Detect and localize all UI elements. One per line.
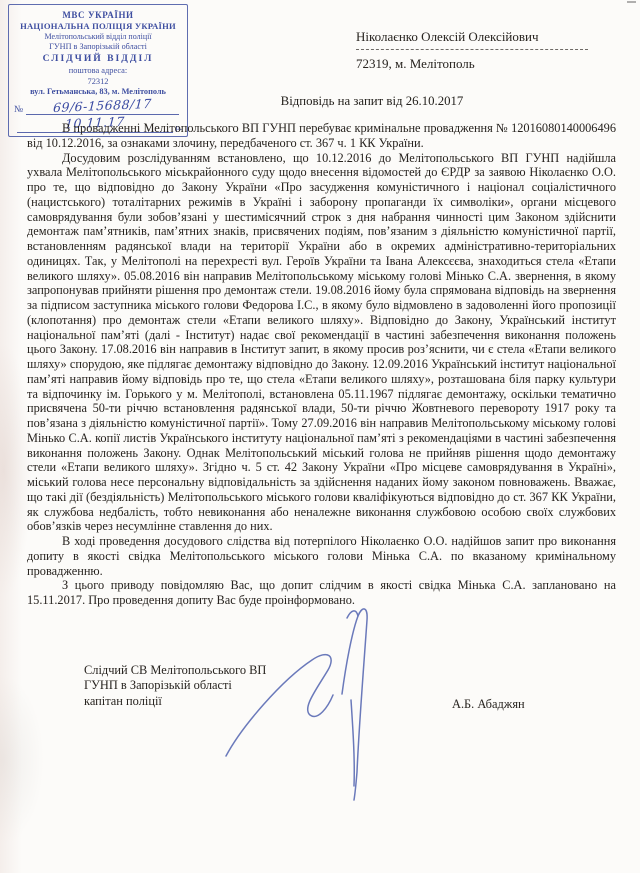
- signatory-position-line-3: капітан поліції: [84, 694, 266, 709]
- recipient-separator: [356, 49, 588, 50]
- recipient-name: Ніколаєнко Олексій Олексійович: [356, 29, 588, 45]
- stamp-region-line: ГУНП в Запорізькій області: [14, 42, 182, 52]
- scanned-letter-page: МВС УКРАЇНИ НАЦІОНАЛЬНА ПОЛІЦІЯ УКРАЇНИ …: [0, 0, 640, 873]
- stamp-ministry-line: МВС УКРАЇНИ: [14, 10, 182, 21]
- letter-title: Відповідь на запит від 26.10.2017: [0, 94, 640, 109]
- stamp-unit-line: СЛІДЧИЙ ВІДДІЛ: [14, 53, 182, 65]
- stamp-postal-code: 72312: [14, 77, 182, 88]
- body-paragraph-1: В провадженні Мелітопольського ВП ГУНП п…: [27, 121, 616, 151]
- body-paragraph-4: З цього приводу повідомляю Вас, що допит…: [27, 578, 616, 608]
- letter-body: В провадженні Мелітопольського ВП ГУНП п…: [27, 121, 616, 608]
- stamp-department-line: Мелітопольський відділ поліції: [14, 32, 182, 42]
- recipient-block: Ніколаєнко Олексій Олексійович 72319, м.…: [356, 29, 588, 72]
- stamp-postal-label: поштова адреса:: [14, 66, 182, 77]
- signatory-position-block: Слідчий СВ Мелітопольського ВП ГУНП в За…: [84, 663, 266, 709]
- signatory-position-line-1: Слідчий СВ Мелітопольського ВП: [84, 663, 266, 678]
- scan-artifact-speck: [627, 1, 636, 3]
- body-paragraph-2: Досудовим розслідуванням встановлено, що…: [27, 151, 616, 535]
- signatory-name: А.Б. Абаджян: [452, 697, 525, 712]
- police-registration-stamp: МВС УКРАЇНИ НАЦІОНАЛЬНА ПОЛІЦІЯ УКРАЇНИ …: [8, 4, 188, 137]
- signatory-position-line-2: ГУНП в Запорізькій області: [84, 678, 266, 693]
- body-paragraph-3: В ході проведення досудового слідства ві…: [27, 534, 616, 578]
- recipient-address: 72319, м. Мелітополь: [356, 56, 588, 72]
- stamp-police-line: НАЦІОНАЛЬНА ПОЛІЦІЯ УКРАЇНИ: [14, 21, 182, 32]
